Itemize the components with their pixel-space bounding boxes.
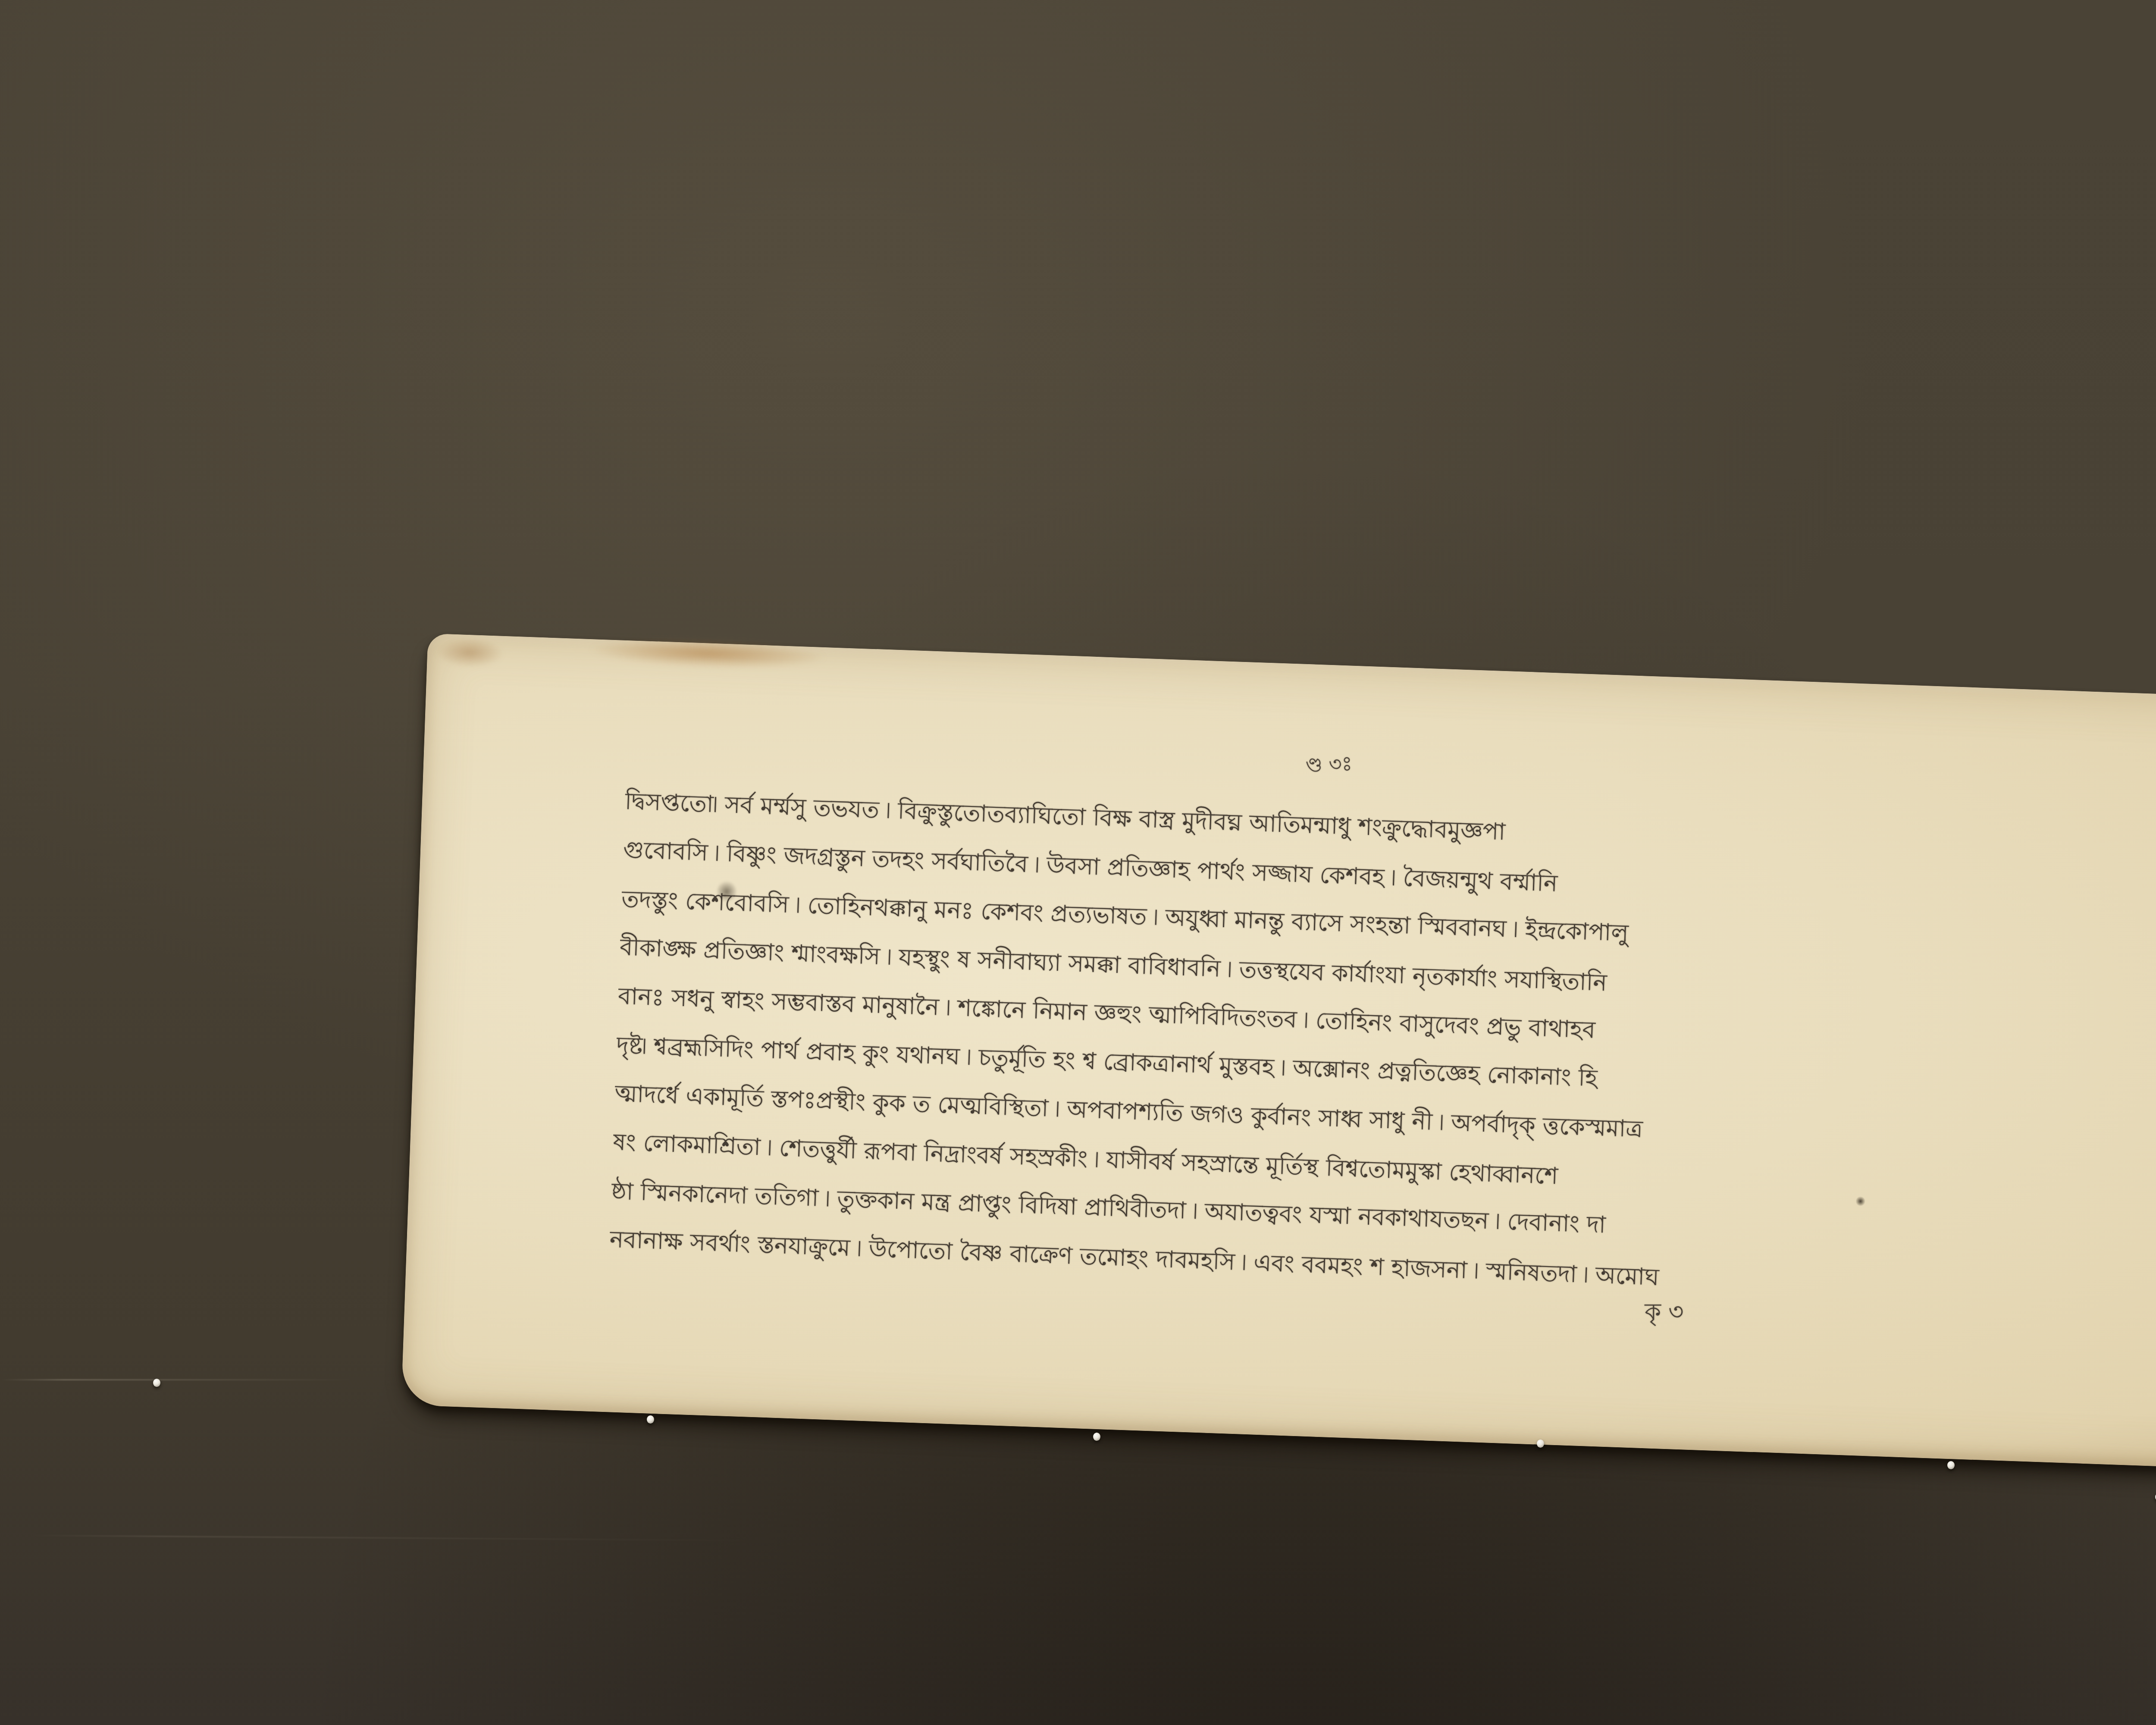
paper-stain — [435, 636, 505, 669]
invocation-mark: ণ্ড ৩ঃ — [1305, 749, 1353, 783]
pin-bead — [1947, 1461, 1955, 1469]
pin-bead — [1093, 1433, 1100, 1441]
pin-bead — [153, 1379, 160, 1387]
paper-stain — [586, 636, 829, 672]
pin-bead — [1537, 1440, 1544, 1448]
quire-mark: কৃ ৩ — [1645, 1294, 1683, 1333]
text-block: দ্বিসপ্ততো৷ সর্ব মর্ম্মসু তভযত ৷ বিক্রুস… — [609, 777, 2156, 1319]
scratch-line — [26, 1535, 780, 1541]
pin-bead — [647, 1415, 654, 1424]
scratch-line — [0, 1379, 358, 1380]
manuscript-page: ণ্ড ৩ঃ দ্বিসপ্ততো৷ সর্ব মর্ম্মসু তভযত ৷ … — [401, 634, 2156, 1471]
photo-background: ণ্ড ৩ঃ দ্বিসপ্ততো৷ সর্ব মর্ম্মসু তভযত ৷ … — [0, 0, 2156, 1725]
